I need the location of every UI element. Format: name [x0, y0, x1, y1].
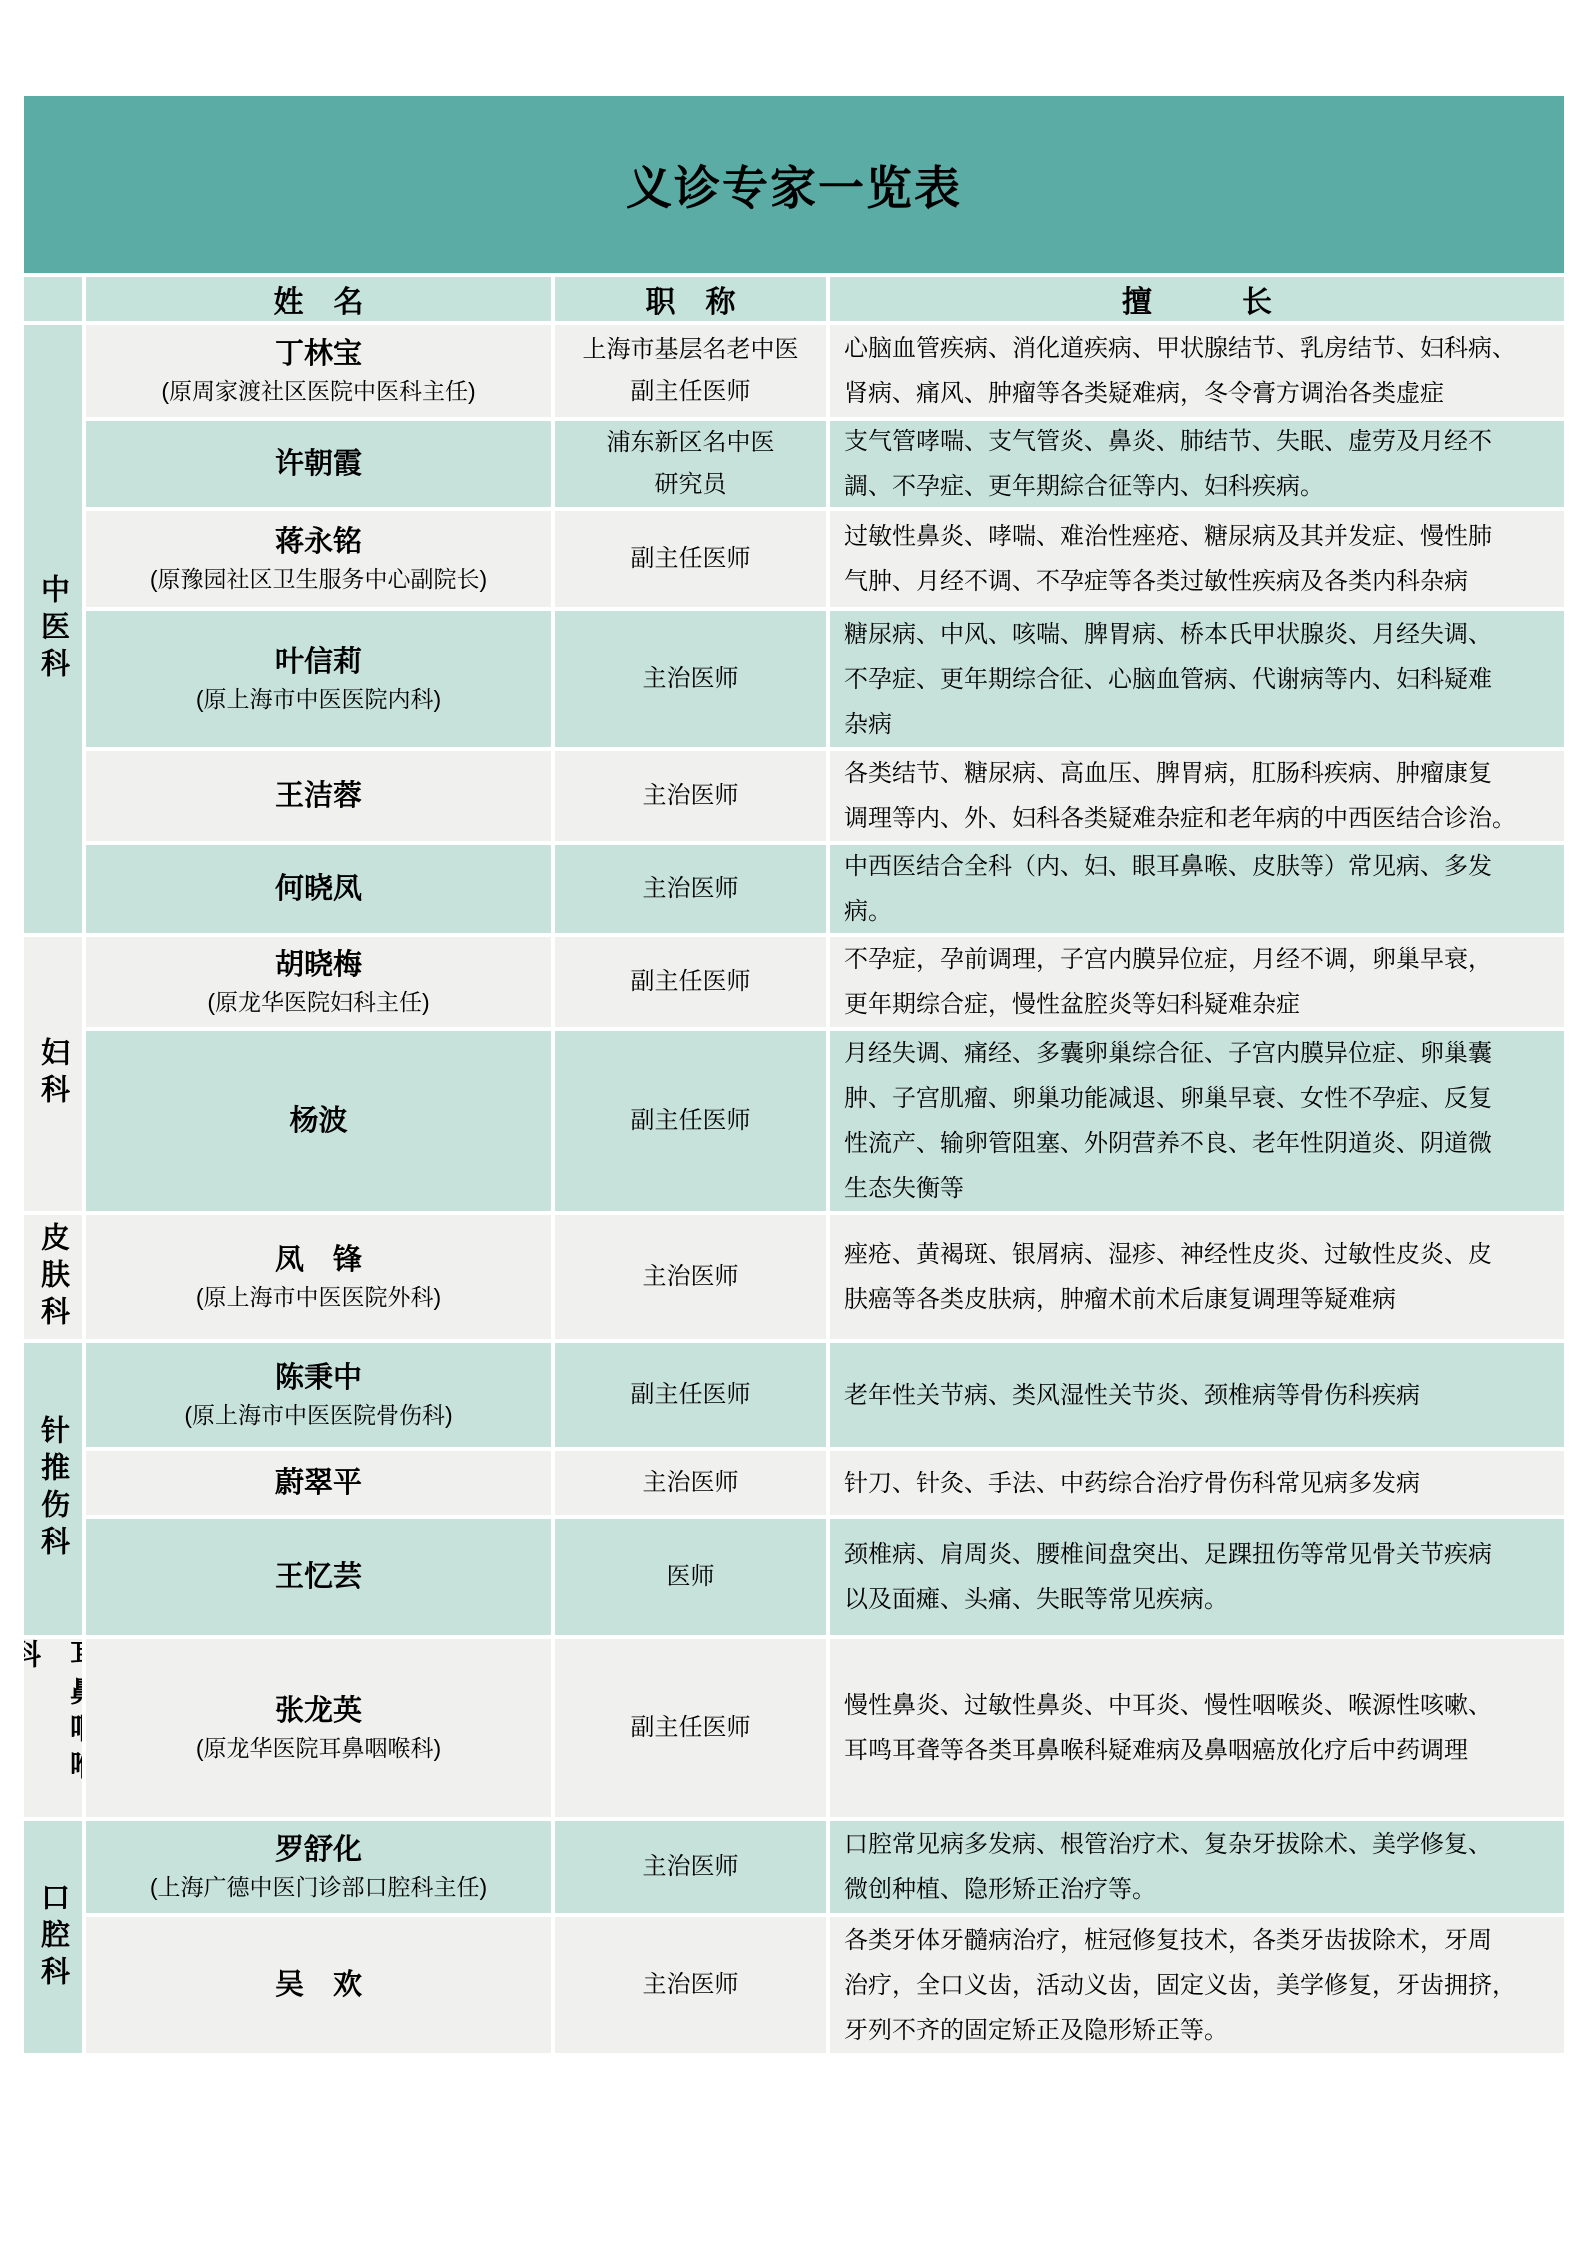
expert-specialty-cell: 老年性关节病、类风湿性关节炎、颈椎病等骨伤科疾病 [830, 1343, 1564, 1447]
page-title: 义诊专家一览表 [626, 152, 962, 218]
expert-rank-cell: 主治医师 [555, 1451, 826, 1515]
expert-origin: (原上海市中医医院外科) [196, 1280, 441, 1314]
expert-rank-cell: 副主任医师 [555, 1639, 826, 1817]
dept-label-dermatology: 皮肤科 [24, 1222, 82, 1333]
experts-sheet: 义诊专家一览表 姓 名 职 称 擅 长 中医科 妇科 皮肤科 针推伤科 耳鼻咽喉… [24, 96, 1564, 2053]
expert-specialty-cell: 慢性鼻炎、过敏性鼻炎、中耳炎、慢性咽喉炎、喉源性咳嗽、 耳鸣耳聋等各类耳鼻喉科疑… [830, 1639, 1564, 1817]
dept-label-tcm: 中医科 [24, 574, 82, 685]
expert-name: 丁林宝 [275, 334, 362, 374]
title-bar: 义诊专家一览表 [24, 96, 1564, 273]
dept-label-dental: 口腔科 [24, 1882, 82, 1993]
expert-name-cell: 叶信莉 (原上海市中医医院内科) [86, 611, 551, 747]
expert-rank-cell: 医师 [555, 1519, 826, 1635]
expert-rank-cell: 浦东新区名中医 研究员 [555, 421, 826, 507]
expert-origin: (原龙华医院妇科主任) [207, 985, 429, 1019]
expert-name: 陈秉中 [275, 1358, 362, 1398]
expert-name-cell: 王洁蓉 [86, 751, 551, 841]
expert-origin: (原豫园社区卫生服务中心副院长) [150, 562, 487, 596]
expert-name-cell: 胡晓梅 (原龙华医院妇科主任) [86, 937, 551, 1027]
expert-specialty-cell: 口腔常见病多发病、根管治疗术、复杂牙拔除术、美学修复、 微创种植、隐形矫正治疗等… [830, 1821, 1564, 1913]
dept-cell-ent: 耳鼻咽喉科 [24, 1639, 82, 1817]
dept-label-acupuncture: 针推伤科 [24, 1415, 82, 1563]
expert-name: 胡晓梅 [275, 945, 362, 985]
expert-name-cell: 蔚翠平 [86, 1451, 551, 1515]
expert-name-cell: 杨波 [86, 1031, 551, 1211]
expert-name: 杨波 [289, 1101, 347, 1141]
expert-name: 凤 锋 [275, 1240, 362, 1280]
expert-name-cell: 张龙英 (原龙华医院耳鼻咽喉科) [86, 1639, 551, 1817]
expert-rank-cell: 主治医师 [555, 1821, 826, 1913]
expert-rank-cell: 主治医师 [555, 1215, 826, 1339]
expert-specialty-cell: 过敏性鼻炎、哮喘、难治性痤疮、糖尿病及其并发症、慢性肺 气肿、月经不调、不孕症等… [830, 511, 1564, 607]
expert-name-cell: 凤 锋 (原上海市中医医院外科) [86, 1215, 551, 1339]
dept-label-ent: 耳鼻咽喉科 [24, 1639, 82, 1817]
expert-name-cell: 丁林宝 (原周家渡社区医院中医科主任) [86, 325, 551, 417]
expert-specialty-cell: 中西医结合全科（内、妇、眼耳鼻喉、皮肤等）常见病、多发 病。 [830, 845, 1564, 933]
expert-specialty-cell: 颈椎病、肩周炎、腰椎间盘突出、足踝扭伤等常见骨关节疾病 以及面瘫、头痛、失眠等常… [830, 1519, 1564, 1635]
expert-name: 王忆芸 [275, 1557, 362, 1597]
expert-specialty-cell: 针刀、针灸、手法、中药综合治疗骨伤科常见病多发病 [830, 1451, 1564, 1515]
expert-name-cell: 何晓凤 [86, 845, 551, 933]
expert-rank-cell: 上海市基层名老中医 副主任医师 [555, 325, 826, 417]
experts-table: 姓 名 职 称 擅 长 中医科 妇科 皮肤科 针推伤科 耳鼻咽喉科 口腔科 丁林… [24, 277, 1564, 2053]
expert-specialty-cell: 各类结节、糖尿病、高血压、脾胃病，肛肠科疾病、肿瘤康复 调理等内、外、妇科各类疑… [830, 751, 1564, 841]
expert-rank-cell: 副主任医师 [555, 1031, 826, 1211]
expert-name-cell: 许朝霞 [86, 421, 551, 507]
dept-cell-tcm: 中医科 [24, 325, 82, 933]
expert-name: 蔚翠平 [275, 1463, 362, 1503]
expert-origin: (上海广德中医门诊部口腔科主任) [150, 1870, 487, 1904]
expert-rank-cell: 主治医师 [555, 1917, 826, 2053]
expert-name: 张龙英 [275, 1691, 362, 1731]
header-corner-cell [24, 277, 82, 321]
expert-specialty-cell: 支气管哮喘、支气管炎、鼻炎、肺结节、失眠、虚劳及月经不 調、不孕症、更年期綜合征… [830, 421, 1564, 507]
expert-name: 叶信莉 [275, 642, 362, 682]
expert-name: 罗舒化 [275, 1830, 362, 1870]
expert-name-cell: 陈秉中 (原上海市中医医院骨伤科) [86, 1343, 551, 1447]
expert-origin: (原周家渡社区医院中医科主任) [161, 374, 475, 408]
expert-rank-cell: 主治医师 [555, 845, 826, 933]
dept-cell-dental: 口腔科 [24, 1821, 82, 2053]
expert-rank-cell: 副主任医师 [555, 937, 826, 1027]
expert-specialty-cell: 不孕症，孕前调理，子宫内膜异位症，月经不调，卵巢早衰， 更年期综合症，慢性盆腔炎… [830, 937, 1564, 1027]
expert-name-cell: 吴 欢 [86, 1917, 551, 2053]
header-rank: 职 称 [555, 277, 826, 321]
expert-specialty-cell: 痤疮、黄褐斑、银屑病、湿疹、神经性皮炎、过敏性皮炎、皮 肤癌等各类皮肤病，肿瘤术… [830, 1215, 1564, 1339]
header-specialty: 擅 长 [830, 277, 1564, 321]
dept-cell-acupuncture: 针推伤科 [24, 1343, 82, 1635]
expert-rank-cell: 副主任医师 [555, 511, 826, 607]
expert-name: 许朝霞 [275, 444, 362, 484]
expert-name: 蒋永铭 [275, 522, 362, 562]
expert-name: 吴 欢 [275, 1965, 362, 2005]
dept-cell-gynecology: 妇科 [24, 937, 82, 1211]
expert-name: 王洁蓉 [275, 776, 362, 816]
dept-cell-dermatology: 皮肤科 [24, 1215, 82, 1339]
expert-specialty-cell: 各类牙体牙髓病治疗，桩冠修复技术，各类牙齿拔除术，牙周 治疗，全口义齿，活动义齿… [830, 1917, 1564, 2053]
expert-origin: (原上海市中医医院内科) [196, 682, 441, 716]
expert-origin: (原龙华医院耳鼻咽喉科) [196, 1731, 441, 1765]
expert-origin: (原上海市中医医院骨伤科) [184, 1398, 452, 1432]
expert-name-cell: 王忆芸 [86, 1519, 551, 1635]
expert-name-cell: 蒋永铭 (原豫园社区卫生服务中心副院长) [86, 511, 551, 607]
expert-name: 何晓凤 [275, 869, 362, 909]
expert-specialty-cell: 糖尿病、中风、咳喘、脾胃病、桥本氏甲状腺炎、月经失调、 不孕症、更年期综合征、心… [830, 611, 1564, 747]
header-name: 姓 名 [86, 277, 551, 321]
expert-name-cell: 罗舒化 (上海广德中医门诊部口腔科主任) [86, 1821, 551, 1913]
expert-rank-cell: 主治医师 [555, 611, 826, 747]
expert-rank-cell: 主治医师 [555, 751, 826, 841]
dept-label-gynecology: 妇科 [24, 1037, 82, 1111]
expert-rank-cell: 副主任医师 [555, 1343, 826, 1447]
expert-specialty-cell: 心脑血管疾病、消化道疾病、甲状腺结节、乳房结节、妇科病、 肾病、痛风、肿瘤等各类… [830, 325, 1564, 417]
expert-specialty-cell: 月经失调、痛经、多囊卵巢综合征、子宫内膜异位症、卵巢囊 肿、子宫肌瘤、卵巢功能减… [830, 1031, 1564, 1211]
